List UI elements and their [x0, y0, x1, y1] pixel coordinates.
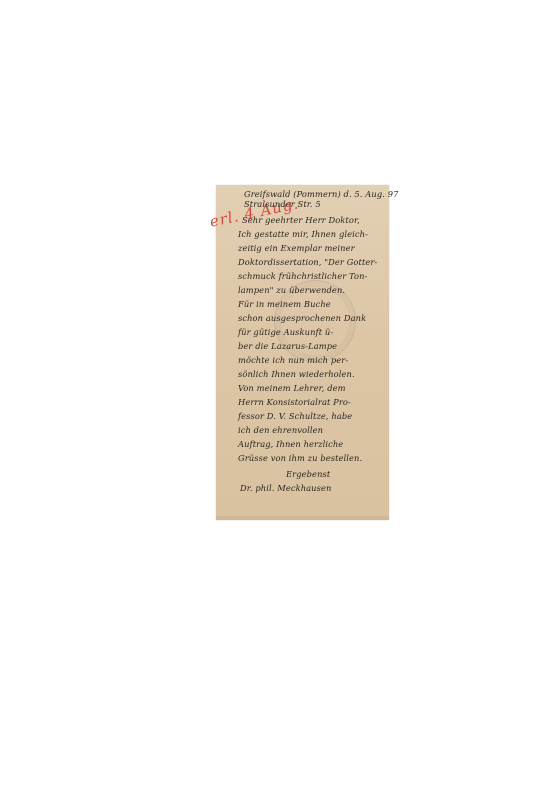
letter-line: Grüsse von ihm zu bestellen. — [238, 453, 362, 463]
letter-line: fessor D. V. Schultze, habe — [238, 411, 352, 421]
letter-line: ich den ehrenvollen — [238, 425, 323, 435]
letter-line: Für in meinem Buche — [238, 299, 331, 309]
letter-salutation: Sehr geehrter Herr Doktor, — [242, 215, 360, 225]
letter-line: möchte ich nun mich per- — [238, 355, 348, 365]
letter-line: Von meinem Lehrer, dem — [238, 383, 346, 393]
letter-line: Doktordissertation, "Der Gotter- — [238, 257, 377, 267]
letter-line: Herrn Konsistorialrat Pro- — [238, 397, 351, 407]
letter-page: erl. 4 Aug. Greifswald (Pommern) d. 5. A… — [216, 185, 389, 520]
letter-line: für gütige Auskunft ü- — [238, 327, 333, 337]
letter-line: Ich gestatte mir, Ihnen gleich- — [238, 229, 368, 239]
letter-line: Stralsunder Str. 5 — [244, 199, 321, 209]
letter-line: schmuck frühchristlicher Ton- — [238, 271, 367, 281]
letter-line: ber die Lazarus-Lampe — [238, 341, 337, 351]
letter-line: Auftrag, Ihnen herzliche — [238, 439, 343, 449]
letter-line: schon ausgesprochenen Dank — [238, 313, 366, 323]
letter-signature: Dr. phil. Meckhausen — [240, 483, 331, 493]
letter-line: lampen" zu überwenden. — [238, 285, 345, 295]
letter-signature: Ergebenst — [286, 469, 330, 479]
letter-dateline: Greifswald (Pommern) d. 5. Aug. 97 — [244, 189, 398, 199]
letter-line: sönlich Ihnen wiederholen. — [238, 369, 355, 379]
letter-line: zeitig ein Exemplar meiner — [238, 243, 355, 253]
